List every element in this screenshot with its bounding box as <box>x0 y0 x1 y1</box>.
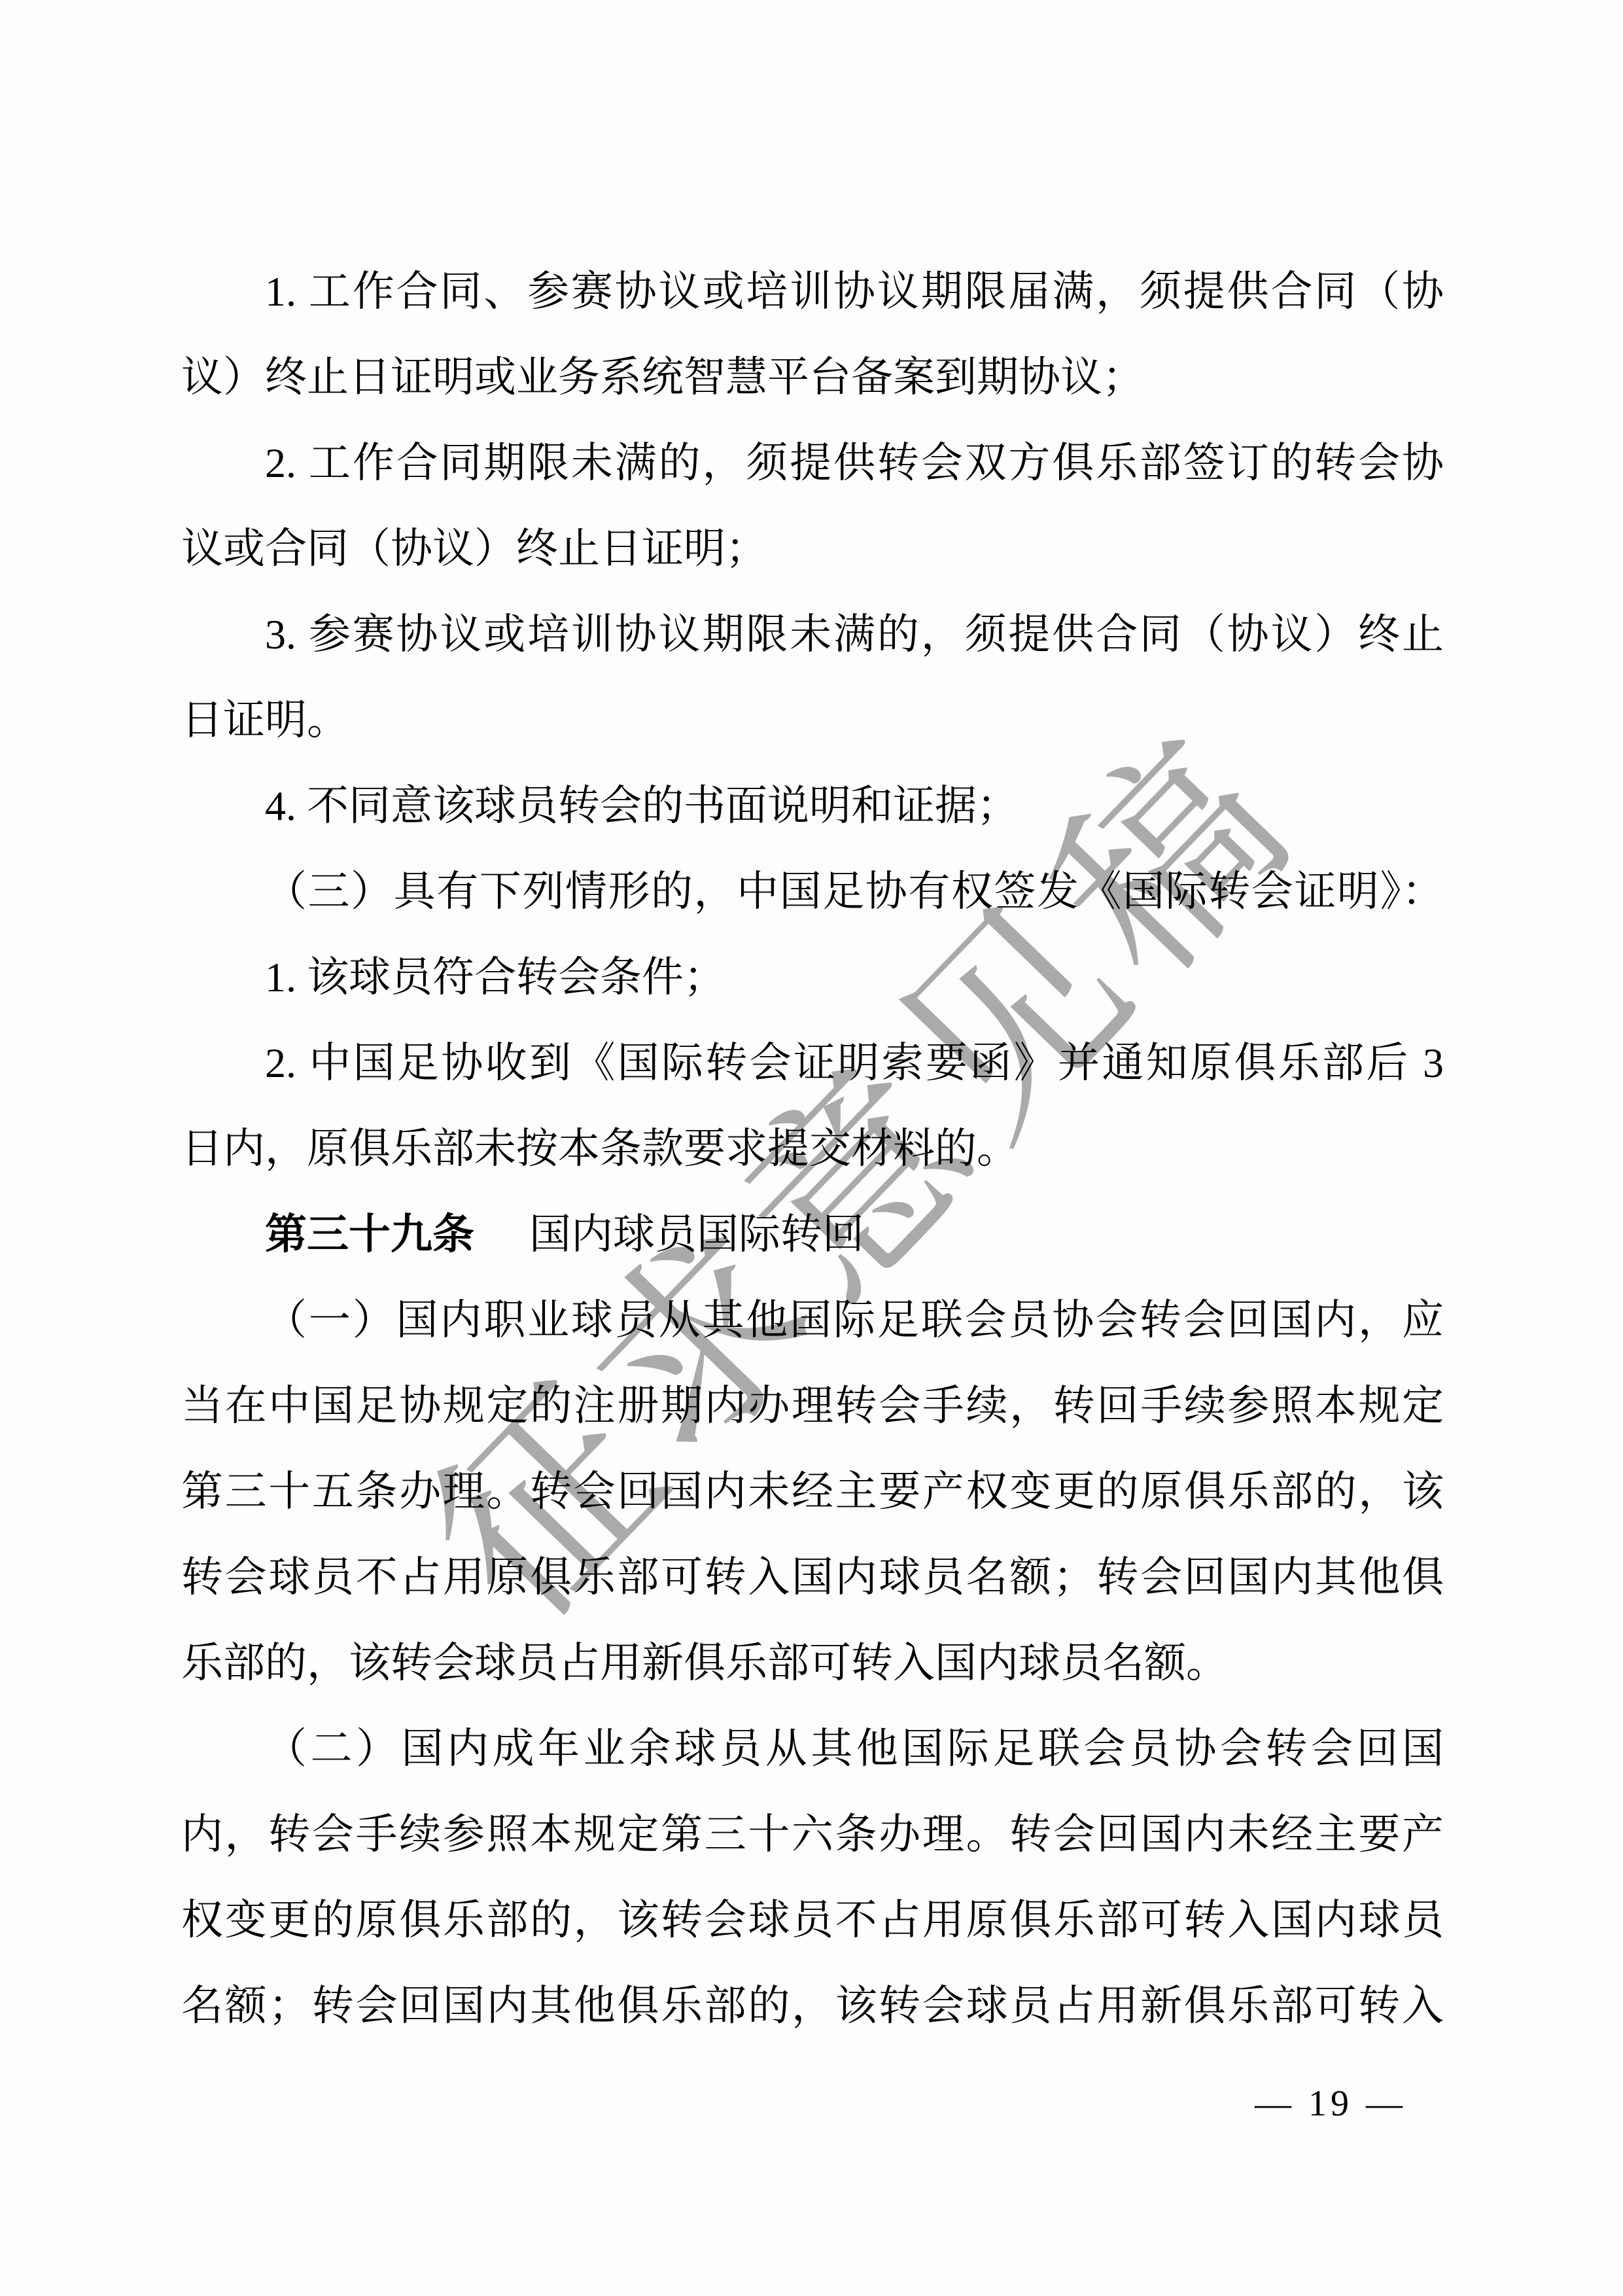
text-line: 内，转会手续参照本规定第三十六条办理。转会回国内未经主要产 <box>181 1792 1444 1877</box>
text-line: （二）国内成年业余球员从其他国际足联会员协会转会回国 <box>181 1706 1444 1792</box>
text-line: 1. 工作合同、参赛协议或培训协议期限届满，须提供合同（协 <box>181 249 1444 334</box>
document-body: 1. 工作合同、参赛协议或培训协议期限届满，须提供合同（协 议）终止日证明或业务… <box>181 249 1444 2049</box>
text-line: 议）终止日证明或业务系统智慧平台备案到期协议； <box>181 334 1444 420</box>
text-line: 转会球员不占用原俱乐部可转入国内球员名额；转会回国内其他俱 <box>181 1534 1444 1620</box>
article-heading: 第三十九条国内球员国际转回 <box>181 1192 1444 1277</box>
article-number: 第三十九条 <box>265 1210 474 1259</box>
text-line: 1. 该球员符合转会条件； <box>181 934 1444 1020</box>
document-page: 征求意见稿 1. 工作合同、参赛协议或培训协议期限届满，须提供合同（协 议）终止… <box>0 0 1623 2296</box>
text-line: 2. 工作合同期限未满的，须提供转会双方俱乐部签订的转会协 <box>181 420 1444 506</box>
text-line: （一）国内职业球员从其他国际足联会员协会转会回国内，应 <box>181 1277 1444 1363</box>
text-line: 第三十五条办理。转会回国内未经主要产权变更的原俱乐部的，该 <box>181 1449 1444 1534</box>
text-line: 日证明。 <box>181 677 1444 763</box>
text-line: 4. 不同意该球员转会的书面说明和证据； <box>181 763 1444 849</box>
text-line: 乐部的，该转会球员占用新俱乐部可转入国内球员名额。 <box>181 1620 1444 1706</box>
text-line: 议或合同（协议）终止日证明； <box>181 506 1444 592</box>
text-line: 3. 参赛协议或培训协议期限未满的，须提供合同（协议）终止 <box>181 592 1444 677</box>
page-number: — 19 — <box>1255 2081 1406 2127</box>
text-line: 日内，原俱乐部未按本条款要求提交材料的。 <box>181 1106 1444 1192</box>
text-line: 2. 中国足协收到《国际转会证明索要函》并通知原俱乐部后 3 <box>181 1020 1444 1106</box>
text-line: （三）具有下列情形的，中国足协有权签发《国际转会证明》： <box>181 849 1444 934</box>
text-line: 权变更的原俱乐部的，该转会球员不占用原俱乐部可转入国内球员 <box>181 1877 1444 1963</box>
text-line: 当在中国足协规定的注册期内办理转会手续，转回手续参照本规定 <box>181 1363 1444 1449</box>
article-title: 国内球员国际转回 <box>529 1211 864 1258</box>
text-line: 名额；转会回国内其他俱乐部的，该转会球员占用新俱乐部可转入 <box>181 1963 1444 2049</box>
